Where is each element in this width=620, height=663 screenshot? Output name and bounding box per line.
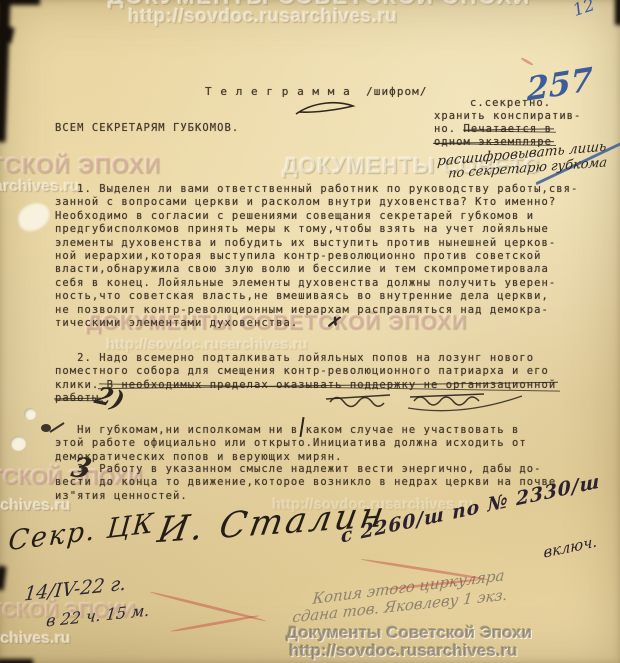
- keep-conspiratorial-line2: но. Печатается в: [434, 123, 552, 136]
- red-pencil-mark: [520, 57, 534, 67]
- document-page: ДОКУМЕНТЫ СОВЕТСКОЙ ЭПОХИ http://sovdoc.…: [0, 0, 620, 663]
- punch-hole-top: [24, 408, 36, 420]
- dispatch-inclusive-note: включ.: [543, 532, 597, 562]
- scan-edge-left-notch: [0, 24, 15, 43]
- date-note-line2: в 22 ч. 15 м.: [45, 600, 150, 630]
- typed-line: этой работе официально или открыто.Иници…: [55, 437, 527, 450]
- typed-line: ной иерархии,которая выступила контр-рев…: [55, 250, 578, 263]
- watermark-left-archives-2: rchives.ru: [0, 630, 70, 648]
- classification-label: с.секретно.: [470, 97, 551, 110]
- watermark-bottom-url: http://sovdoc.rusarchives.ru: [289, 641, 518, 661]
- date-note-line1: 14/IV-22 г.: [23, 572, 127, 605]
- watermark-mid-url: http://sovdoc.rusarchives.ru: [106, 336, 308, 353]
- scan-edge-bottom-left: [0, 659, 33, 663]
- punch-hole-bottom: [10, 436, 26, 451]
- typed-line: ность,что советская власть,не вмешиваясь…: [55, 290, 578, 303]
- typed-line: Ни губкомам,ни исполкомам ни в каком слу…: [55, 424, 527, 437]
- paragraph-3: Ни губкомам,ни исполкомам ни в каком слу…: [55, 424, 527, 464]
- paper-damage-blob: [15, 200, 53, 234]
- scan-edge-top: [0, 0, 40, 5]
- keep-conspiratorial-line1: хранить конспиратив-: [434, 110, 581, 123]
- typed-line: элементы духовенства и побудить их высту…: [55, 237, 578, 250]
- typed-line: занной с вопросами церкви и расколом вну…: [55, 196, 578, 209]
- paragraph-2: 2. Надо всемерно подталкивать лойяльных …: [55, 352, 549, 379]
- watermark-top-cut: ДОКУМЕНТЫ СОВЕТСКОЙ ЭПОХИ: [108, 0, 531, 10]
- scan-edge-left-mid: [0, 566, 6, 591]
- watermark-bottom-brand: Документы Советской Эпохи: [286, 623, 532, 643]
- title-flourish-mark: [293, 99, 359, 119]
- typed-line: вести до конца то движение,которое возни…: [55, 476, 556, 489]
- watermark-left-brand-1: ТСКОЙ ЭПОХИ: [0, 153, 161, 179]
- telegram-title: Т е л е г р а м м а /шифром/: [205, 85, 428, 98]
- paragraph-1: 1. Выделен ли вами ответственный работни…: [55, 183, 578, 330]
- typed-line: 2. Надо всемерно подталкивать лойяльных …: [55, 352, 549, 365]
- typed-line: власти,обнаружила свою злую волю и бесси…: [55, 263, 578, 276]
- typed-line: не позволит контр-революционным иерархам…: [55, 304, 578, 317]
- crossed-printed-line1: Печатается в: [464, 123, 552, 136]
- typed-line: 1. Выделен ли вами ответственный работни…: [55, 183, 578, 196]
- typed-line: себя в конец. Лойяльные элементы духовен…: [55, 277, 578, 290]
- watermark-top-url: http://sovdoc.rusarchives.ru: [128, 6, 398, 28]
- typed-line: тическими элементами духовенства.: [55, 317, 578, 330]
- crossed-folio-number: 257: [526, 0, 620, 109]
- scan-edge-left-top: [0, 0, 11, 142]
- typed-line: предгубисполкомов принять меры к тому,чт…: [55, 223, 578, 236]
- scan-edge-top-right: [615, 0, 620, 25]
- handwritten-scribble: [322, 388, 532, 418]
- red-pencil-mark: [170, 614, 259, 633]
- typed-line: 3. Работу в указанном смысле надлежит ве…: [55, 463, 556, 476]
- addressee-line: ВСЕМ СЕКРЕТАРЯМ ГУБКОМОВ.: [55, 122, 239, 135]
- page-number-pencil: 12: [570, 0, 597, 21]
- typed-line: поместного собора для смещения контр-рев…: [55, 365, 549, 378]
- x-mark: ✗: [326, 312, 341, 332]
- typed-line: Необходимо в согласии с решениями совеща…: [55, 210, 578, 223]
- signature-position: Секр. ЦК: [7, 508, 156, 558]
